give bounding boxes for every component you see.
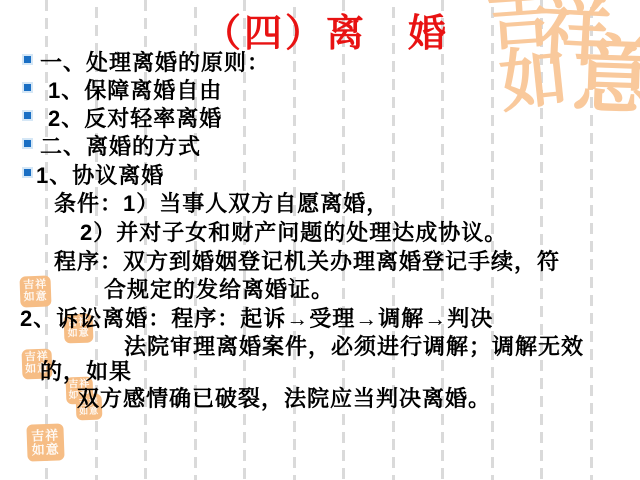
seal-stamp-icon: 吉祥如意 xyxy=(19,275,51,307)
presentation-slide: 吉祥如意 吉祥如意吉祥如意吉祥如意吉祥如意吉祥如意吉祥如意 （四）离 婚 一、处… xyxy=(0,0,640,480)
slide-title: （四）离 婚 xyxy=(0,2,640,57)
text-line: 双方感情确已破裂，法院应当判决离婚。 xyxy=(77,386,491,412)
text-line: 一、处理离婚的原则： xyxy=(40,50,270,76)
text-line: 程序：双方到婚姻登记机关办理离婚登记手续，符 xyxy=(54,249,560,275)
text-line: 1、协议离婚 xyxy=(36,163,164,189)
bullet-square-icon xyxy=(24,56,31,63)
text-line: 的，如果 xyxy=(40,359,132,385)
stamp-characters: 吉祥如意 xyxy=(30,428,61,456)
text-line: 法院审理离婚案件，必须进行调解；调解无效 xyxy=(124,334,584,360)
text-line: 2）并对子女和财产问题的处理达成协议。 xyxy=(80,220,507,246)
stamp-characters: 吉祥如意 xyxy=(23,280,49,304)
text-line: 二、离婚的方式 xyxy=(40,134,201,160)
text-line: 合规定的发给离婚证。 xyxy=(104,277,334,303)
text-line: 2、反对轻率离婚 xyxy=(48,106,222,132)
text-line: 1、保障离婚自由 xyxy=(48,78,222,104)
bullet-square-icon xyxy=(24,84,31,91)
bullet-square-icon xyxy=(24,140,31,147)
bullet-square-icon xyxy=(24,169,31,176)
text-line: 条件：1）当事人双方自愿离婚， xyxy=(54,191,389,217)
text-line: 2、诉讼离婚：程序：起诉→受理→调解→判决 xyxy=(20,306,493,332)
seal-stamp-icon: 吉祥如意 xyxy=(26,423,64,461)
bullet-square-icon xyxy=(24,112,31,119)
